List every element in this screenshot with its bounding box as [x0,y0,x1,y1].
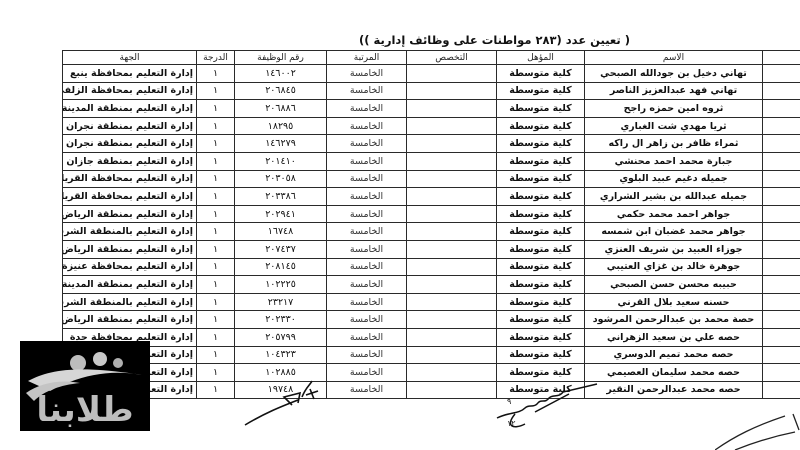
cell-qualification: كلية متوسطة [497,328,585,346]
cell-extra [763,223,800,241]
table-row: حصه محمد سليمان العصيميكلية متوسطةالخامس… [63,364,800,382]
appointments-table: الاسم المؤهل التخصص المرتبة رقم الوظيفة … [62,50,800,399]
cell-grade: ١ [197,152,235,170]
cell-qualification: كلية متوسطة [497,170,585,188]
cell-department: إدارة التعليم بمنطقة المدينة المنورة [63,276,197,294]
cell-department: إدارة التعليم بمحافظة القريات [63,188,197,206]
header-qualification: المؤهل [497,51,585,65]
cell-grade: ١ [197,100,235,118]
cell-rank: الخامسة [327,170,407,188]
cell-specialization [407,381,497,399]
cell-specialization [407,117,497,135]
cell-name: حسنه سعيد بلال القرني [585,293,763,311]
cell-department: إدارة التعليم بمحافظة الزلفي [63,82,197,100]
cell-rank: الخامسة [327,117,407,135]
cell-specialization [407,223,497,241]
cell-department: إدارة التعليم بمنطقة المدينة المنورة [63,100,197,118]
cell-grade: ١ [197,258,235,276]
cell-specialization [407,65,497,83]
cell-extra [763,258,800,276]
table-row: ثريا مهدي شت الغباريكلية متوسطةالخامسة١٨… [63,117,800,135]
table-row: حصه علي بن سعيد الزهرانيكلية متوسطةالخام… [63,328,800,346]
cell-name: حصه محمد سليمان العصيمي [585,364,763,382]
signature-right [715,410,800,450]
signature-left [240,375,340,435]
cell-job-number: ٢٠٧٤٣٧ [235,240,327,258]
header-name: الاسم [585,51,763,65]
cell-rank: الخامسة [327,328,407,346]
header-department: الجهة [63,51,197,65]
cell-job-number: ٢٠٦٨٨٦ [235,100,327,118]
cell-name: حبيبه محسن حسن الصبحي [585,276,763,294]
cell-grade: ١ [197,293,235,311]
table-row: حبيبه محسن حسن الصبحيكلية متوسطةالخامسة١… [63,276,800,294]
table-body: تهاني دخيل بن جودالله الصبحيكلية متوسطةا… [63,65,800,399]
cell-specialization [407,328,497,346]
cell-specialization [407,170,497,188]
cell-extra [763,170,800,188]
header-extra [763,51,800,65]
cell-grade: ١ [197,328,235,346]
cell-specialization [407,364,497,382]
cell-job-number: ١٤٦٢٧٩ [235,135,327,153]
cell-grade: ١ [197,311,235,329]
cell-qualification: كلية متوسطة [497,65,585,83]
table-row: تهاني فهد عبدالعزيز الناصركلية متوسطةالخ… [63,82,800,100]
cell-grade: ١ [197,240,235,258]
scanned-document-page: ( تعيين عدد (٢٨٣ مواطنات على وظائف إداري… [0,0,800,450]
table-row: حصه محمد عبدالرحمن النقيركلية متوسطةالخا… [63,381,800,399]
table-row: جواهر احمد محمد حكميكلية متوسطةالخامسة٢٠… [63,205,800,223]
table-row: حصه محمد تميم الدوسريكلية متوسطةالخامسة١… [63,346,800,364]
cell-grade: ١ [197,65,235,83]
cell-grade: ١ [197,205,235,223]
cell-job-number: ٢٠٦٨٤٥ [235,82,327,100]
cell-rank: الخامسة [327,100,407,118]
logo-graphic-icon: طلابنا [20,341,150,431]
cell-specialization [407,188,497,206]
cell-specialization [407,258,497,276]
cell-grade: ١ [197,381,235,399]
cell-job-number: ٢٠٣٣٨٦ [235,188,327,206]
talabna-logo: طلابنا [20,341,150,431]
cell-rank: الخامسة [327,258,407,276]
cell-extra [763,82,800,100]
cell-department: إدارة التعليم بمحافظة ينبع [63,65,197,83]
signature-annotation-top: ٩ [507,397,511,406]
cell-name: تهاني فهد عبدالعزيز الناصر [585,82,763,100]
cell-specialization [407,293,497,311]
cell-job-number: ٢٠٢٣٣٠ [235,311,327,329]
cell-department: إدارة التعليم بمنطقة الرياض [63,240,197,258]
cell-specialization [407,346,497,364]
table-row: حسنه سعيد بلال القرنيكلية متوسطةالخامسة٢… [63,293,800,311]
cell-qualification: كلية متوسطة [497,240,585,258]
table-row: جميله دغيم عبيد البلويكلية متوسطةالخامسة… [63,170,800,188]
cell-rank: الخامسة [327,276,407,294]
cell-extra [763,364,800,382]
cell-extra [763,100,800,118]
cell-department: إدارة التعليم بمنطقة الرياض [63,205,197,223]
cell-grade: ١ [197,135,235,153]
cell-job-number: ١٠٢٢٢٥ [235,276,327,294]
table-row: جوزاء العبيد بن شريف العنزيكلية متوسطةال… [63,240,800,258]
cell-job-number: ١٤٦٠٠٢ [235,65,327,83]
cell-grade: ١ [197,117,235,135]
cell-grade: ١ [197,276,235,294]
cell-grade: ١ [197,82,235,100]
cell-grade: ١ [197,188,235,206]
document-title: ( تعيين عدد (٢٨٣ مواطنات على وظائف إداري… [340,33,630,47]
cell-department: إدارة التعليم بالمنطقة الشرقية [63,223,197,241]
cell-name: جواهر محمد غضبان ابن شمسه [585,223,763,241]
cell-extra [763,205,800,223]
cell-name: جبارة محمد احمد محنشي [585,152,763,170]
cell-name: جوهرة خالد بن غزاي العتيبي [585,258,763,276]
cell-qualification: كلية متوسطة [497,276,585,294]
cell-qualification: كلية متوسطة [497,258,585,276]
cell-job-number: ١٠٤٣٢٣ [235,346,327,364]
cell-job-number: ٢٠٨١٤٥ [235,258,327,276]
cell-qualification: كلية متوسطة [497,135,585,153]
header-grade: الدرجة [197,51,235,65]
cell-extra [763,346,800,364]
cell-qualification: كلية متوسطة [497,100,585,118]
cell-name: ثريا مهدي شت الغباري [585,117,763,135]
cell-name: جواهر احمد محمد حكمي [585,205,763,223]
cell-name: تهاني دخيل بن جودالله الصبحي [585,65,763,83]
table-row: جميله عبدالله بن بشير الشراريكلية متوسطة… [63,188,800,206]
cell-grade: ١ [197,346,235,364]
table-row: جوهرة خالد بن غزاي العتيبيكلية متوسطةالخ… [63,258,800,276]
cell-rank: الخامسة [327,346,407,364]
cell-specialization [407,276,497,294]
cell-name: حصه علي بن سعيد الزهراني [585,328,763,346]
cell-job-number: ٢٠٥٧٩٩ [235,328,327,346]
cell-rank: الخامسة [327,82,407,100]
cell-name: حصه محمد عبدالرحمن النقير [585,381,763,399]
cell-grade: ١ [197,170,235,188]
cell-department: إدارة التعليم بمحافظة القريات [63,170,197,188]
cell-specialization [407,311,497,329]
cell-rank: الخامسة [327,152,407,170]
cell-rank: الخامسة [327,311,407,329]
cell-extra [763,328,800,346]
table-row: جبارة محمد احمد محنشيكلية متوسطةالخامسة٢… [63,152,800,170]
cell-qualification: كلية متوسطة [497,346,585,364]
cell-qualification: كلية متوسطة [497,152,585,170]
cell-qualification: كلية متوسطة [497,82,585,100]
cell-extra [763,240,800,258]
cell-qualification: كلية متوسطة [497,205,585,223]
cell-name: جميله دغيم عبيد البلوي [585,170,763,188]
cell-name: جميله عبدالله بن بشير الشراري [585,188,763,206]
cell-qualification: كلية متوسطة [497,223,585,241]
cell-extra [763,381,800,399]
cell-department: إدارة التعليم بمحافظة عنيزة [63,258,197,276]
header-job-number: رقم الوظيفة [235,51,327,65]
cell-rank: الخامسة [327,240,407,258]
cell-extra [763,276,800,294]
header-rank: المرتبة [327,51,407,65]
cell-name: حصه محمد تميم الدوسري [585,346,763,364]
table-row: ثروه امين حمزه راجحكلية متوسطةالخامسة٢٠٦… [63,100,800,118]
cell-rank: الخامسة [327,65,407,83]
logo-text: طلابنا [36,390,133,430]
cell-specialization [407,205,497,223]
cell-grade: ١ [197,223,235,241]
cell-extra [763,293,800,311]
cell-name: حصة محمد بن عبدالرحمن المرشود [585,311,763,329]
cell-job-number: ٢٠١٤١٠ [235,152,327,170]
cell-department: إدارة التعليم بمنطقة نجران [63,117,197,135]
cell-job-number: ١٨٢٩٥ [235,117,327,135]
cell-rank: الخامسة [327,135,407,153]
cell-extra [763,135,800,153]
cell-job-number: ٢٣٢١٧ [235,293,327,311]
cell-qualification: كلية متوسطة [497,311,585,329]
cell-job-number: ١٦٧٤٨ [235,223,327,241]
cell-name: ثمراء ظافر بن زاهر ال راكه [585,135,763,153]
table-header-row: الاسم المؤهل التخصص المرتبة رقم الوظيفة … [63,51,800,65]
table-row: تهاني دخيل بن جودالله الصبحيكلية متوسطةا… [63,65,800,83]
signature-annotation-bottom: ١٢ [507,419,516,428]
cell-specialization [407,100,497,118]
cell-extra [763,117,800,135]
table-row: جواهر محمد غضبان ابن شمسهكلية متوسطةالخا… [63,223,800,241]
cell-job-number: ٢٠٣٠٥٨ [235,170,327,188]
cell-specialization [407,135,497,153]
cell-rank: الخامسة [327,293,407,311]
header-specialization: التخصص [407,51,497,65]
cell-specialization [407,82,497,100]
table-row: حصة محمد بن عبدالرحمن المرشودكلية متوسطة… [63,311,800,329]
cell-job-number: ٢٠٢٩٤١ [235,205,327,223]
cell-grade: ١ [197,364,235,382]
cell-qualification: كلية متوسطة [497,293,585,311]
cell-rank: الخامسة [327,188,407,206]
cell-rank: الخامسة [327,205,407,223]
signature-middle: ٩ ١٢ [495,378,605,438]
cell-extra [763,65,800,83]
table-row: ثمراء ظافر بن زاهر ال راكهكلية متوسطةالخ… [63,135,800,153]
cell-rank: الخامسة [327,223,407,241]
cell-qualification: كلية متوسطة [497,188,585,206]
cell-extra [763,311,800,329]
cell-specialization [407,240,497,258]
cell-name: جوزاء العبيد بن شريف العنزي [585,240,763,258]
cell-department: إدارة التعليم بمنطقة الرياض [63,311,197,329]
cell-department: إدارة التعليم بمنطقة نجران [63,135,197,153]
cell-name: ثروه امين حمزه راجح [585,100,763,118]
cell-extra [763,188,800,206]
cell-qualification: كلية متوسطة [497,117,585,135]
cell-specialization [407,152,497,170]
cell-department: إدارة التعليم بالمنطقة الشرقية [63,293,197,311]
cell-extra [763,152,800,170]
cell-department: إدارة التعليم بمنطقة جازان [63,152,197,170]
